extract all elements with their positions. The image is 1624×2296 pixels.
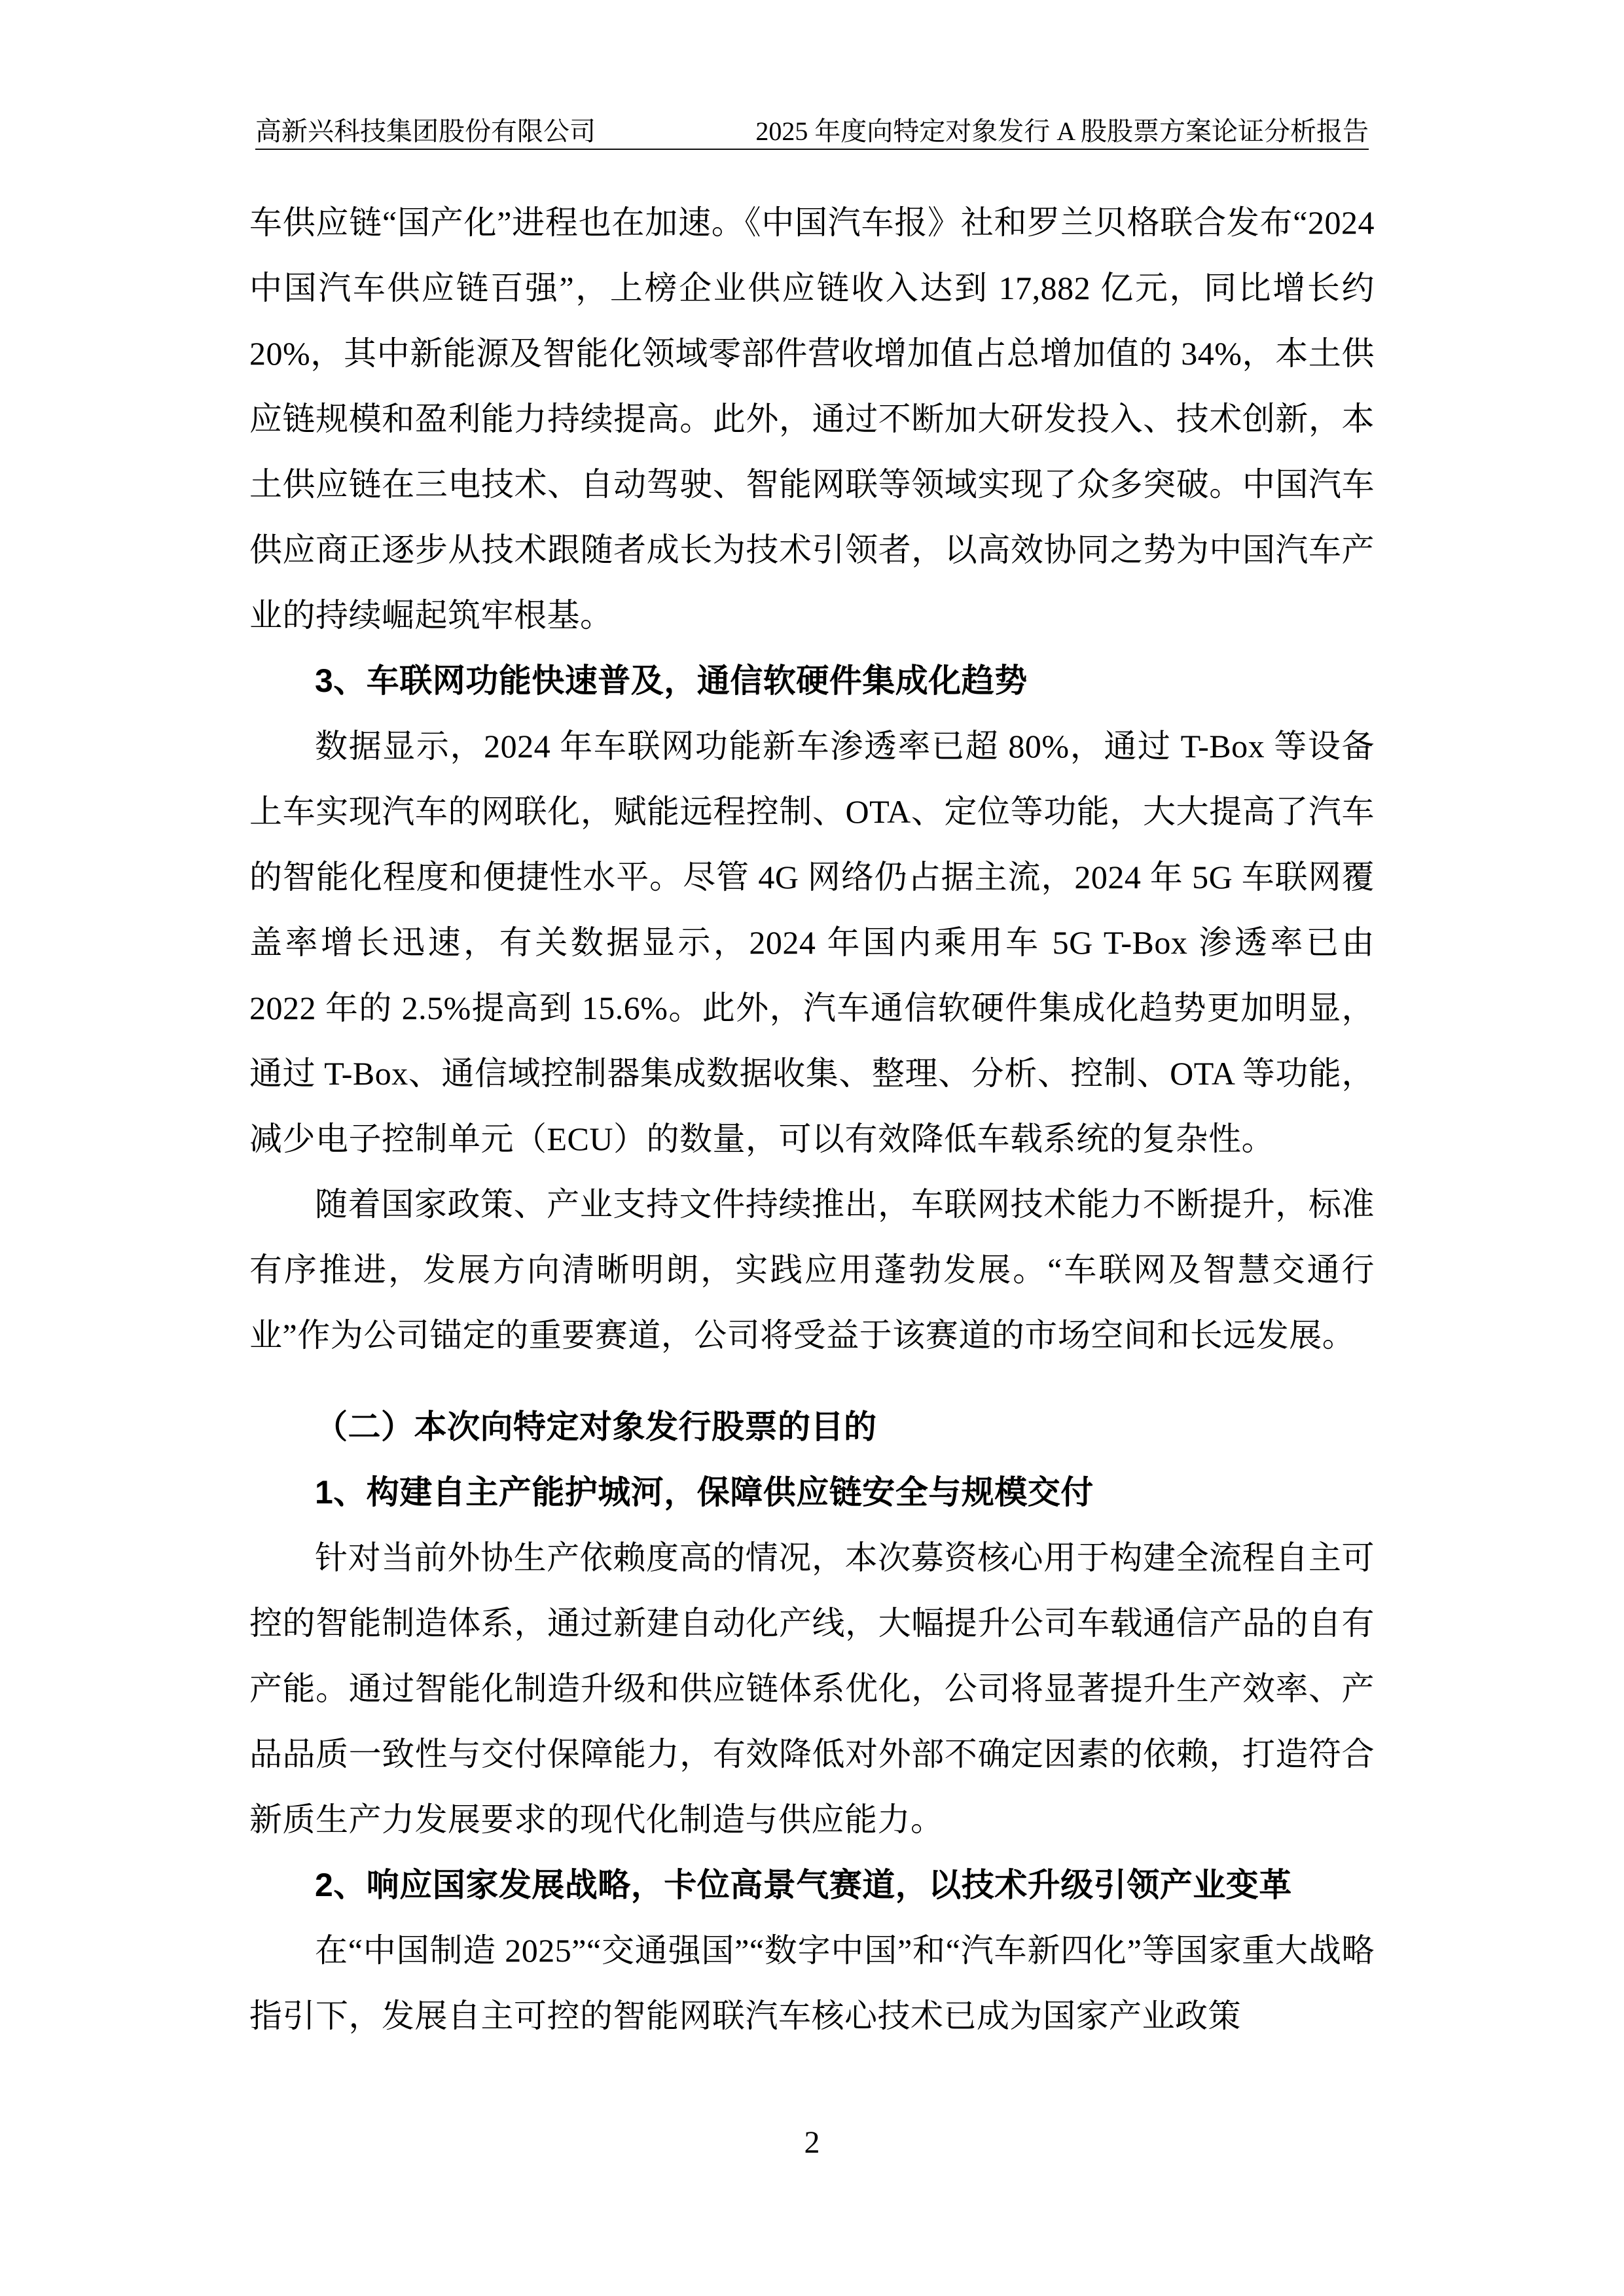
paragraph-policy-support: 随着国家政策、产业支持文件持续推出，车联网技术能力不断提升，标准有序推进，发展方…	[249, 1172, 1375, 1368]
paragraph-auto-supply-chain: 车供应链“国产化”进程也在加速。《中国汽车报》社和罗兰贝格联合发布“2024 中…	[249, 190, 1375, 648]
document-page: 高新兴科技集团股份有限公司 2025 年度向特定对象发行 A 股股票方案论证分析…	[0, 0, 1624, 2296]
document-body: 车供应链“国产化”进程也在加速。《中国汽车报》社和罗兰贝格联合发布“2024 中…	[249, 190, 1375, 2049]
heading-2-national-strategy: 2、响应国家发展战略，卡位高景气赛道，以技术升级引领产业变革	[249, 1852, 1375, 1918]
paragraph-tbox-penetration: 数据显示，2024 年车联网功能新车渗透率已超 80%，通过 T-Box 等设备…	[249, 713, 1375, 1172]
heading-3-iov-trend: 3、车联网功能快速普及，通信软硬件集成化趋势	[249, 648, 1375, 713]
page-header: 高新兴科技集团股份有限公司 2025 年度向特定对象发行 A 股股票方案论证分析…	[255, 117, 1369, 150]
header-company-name: 高新兴科技集团股份有限公司	[255, 117, 596, 147]
paragraph-national-strategy-intro: 在“中国制造 2025”“交通强国”“数字中国”和“汽车新四化”等国家重大战略指…	[249, 1918, 1375, 2049]
page-number: 2	[0, 2126, 1624, 2160]
section-heading-issuance-purpose: （二）本次向特定对象发行股票的目的	[249, 1394, 1375, 1460]
paragraph-self-controlled-manufacturing: 针对当前外协生产依赖度高的情况，本次募资核心用于构建全流程自主可控的智能制造体系…	[249, 1525, 1375, 1852]
header-report-title: 2025 年度向特定对象发行 A 股股票方案论证分析报告	[755, 117, 1369, 147]
heading-1-capacity-moat: 1、构建自主产能护城河，保障供应链安全与规模交付	[249, 1460, 1375, 1525]
